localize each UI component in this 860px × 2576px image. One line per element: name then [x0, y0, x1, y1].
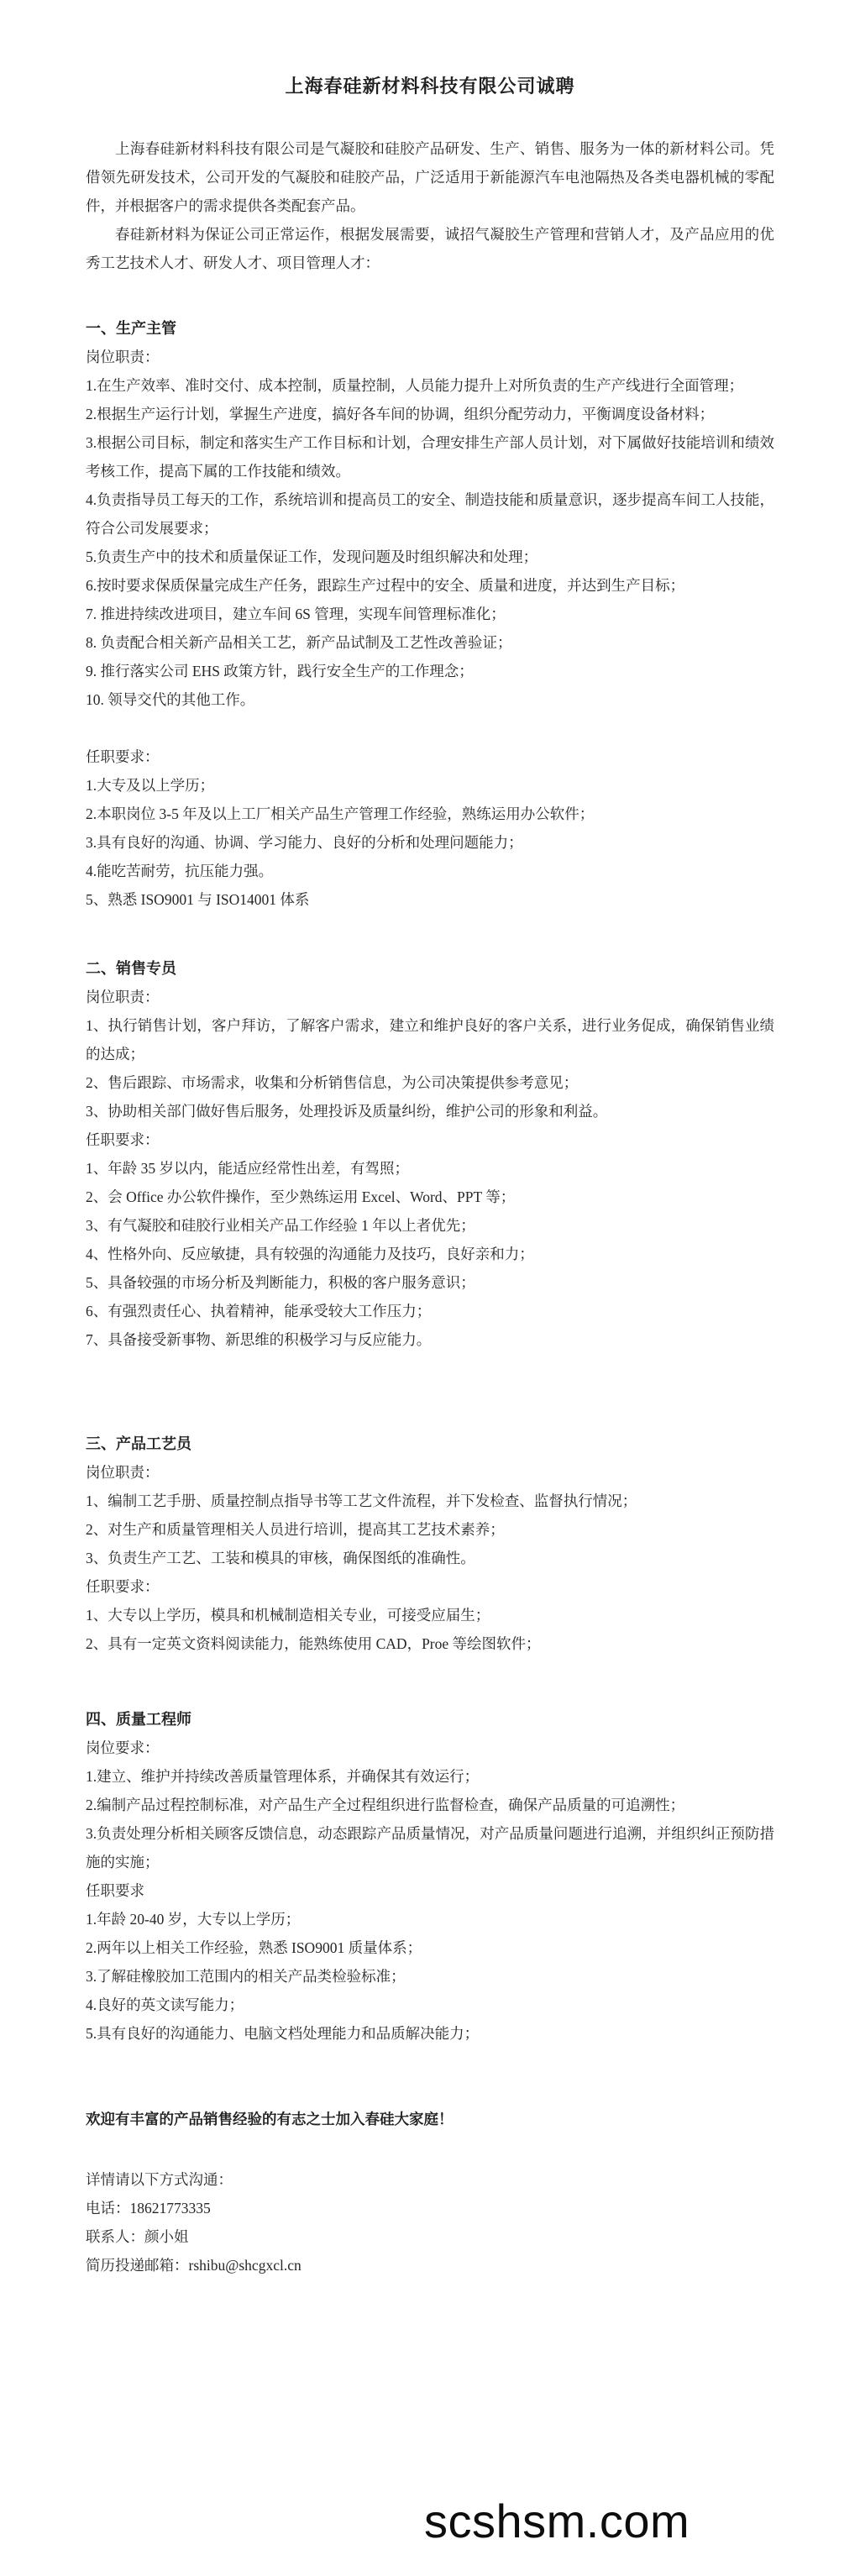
list-item: 7. 推进持续改进项目，建立车间 6S 管理，实现车间管理标准化； [86, 600, 774, 628]
job-section-heading: 二、销售专员 [86, 954, 774, 983]
email-address: rshibu@shcgxcl.cn [189, 2257, 302, 2274]
requirements-block-label: 岗位职责： [86, 983, 774, 1011]
list-item: 8. 负责配合相关新产品相关工艺，新产品试制及工艺性改善验证； [86, 628, 774, 657]
list-item: 1.大专及以上学历； [86, 771, 774, 800]
job-section: 四、质量工程师岗位要求：1.建立、维护并持续改善质量管理体系，并确保其有效运行；… [86, 1705, 774, 2048]
contact-heading: 详情请以下方式沟通： [86, 2165, 774, 2194]
contact-email-line: 简历投递邮箱：rshibu@shcgxcl.cn [86, 2251, 774, 2280]
list-item: 3、协助相关部门做好售后服务，处理投诉及质量纠纷，维护公司的形象和利益。 [86, 1097, 774, 1125]
job-sections: 一、生产主管岗位职责：1.在生产效率、准时交付、成本控制，质量控制，人员能力提升… [86, 314, 774, 2048]
list-item: 1、年龄 35 岁以内，能适应经常性出差，有驾照； [86, 1154, 774, 1183]
list-item: 9. 推行落实公司 EHS 政策方针，践行安全生产的工作理念； [86, 657, 774, 685]
list-item: 3、有气凝胶和硅胶行业相关产品工作经验 1 年以上者优先； [86, 1211, 774, 1240]
list-item: 2、会 Office 办公软件操作，至少熟练运用 Excel、Word、PPT … [86, 1183, 774, 1211]
list-item: 3.负责处理分析相关顾客反馈信息，动态跟踪产品质量情况，对产品质量问题进行追溯，… [86, 1819, 774, 1876]
list-item: 6.按时要求保质保量完成生产任务，跟踪生产过程中的安全、质量和进度，并达到生产目… [86, 571, 774, 600]
list-item: 1、编制工艺手册、质量控制点指导书等工艺文件流程，并下发检查、监督执行情况； [86, 1487, 774, 1515]
list-item: 5、熟悉 ISO9001 与 ISO14001 体系 [86, 885, 774, 914]
closing-welcome-line: 欢迎有丰富的产品销售经验的有志之士加入春硅大家庭！ [86, 2105, 774, 2133]
list-item: 1.在生产效率、准时交付、成本控制，质量控制，人员能力提升上对所负责的生产产线进… [86, 371, 774, 400]
job-section-heading: 四、质量工程师 [86, 1705, 774, 1734]
requirements-block-label: 任职要求： [86, 1572, 774, 1601]
job-section: 二、销售专员岗位职责：1、执行销售计划，客户拜访，了解客户需求，建立和维护良好的… [86, 954, 774, 1354]
email-label: 简历投递邮箱： [86, 2257, 189, 2274]
job-section: 一、生产主管岗位职责：1.在生产效率、准时交付、成本控制，质量控制，人员能力提升… [86, 314, 774, 914]
contact-person-name: 颜小姐 [144, 2228, 189, 2245]
contact-person-line: 联系人：颜小姐 [86, 2222, 774, 2251]
list-item: 1.建立、维护并持续改善质量管理体系，并确保其有效运行； [86, 1762, 774, 1791]
list-item: 3、负责生产工艺、工装和模具的审核，确保图纸的准确性。 [86, 1544, 774, 1572]
requirements-block-label: 任职要求： [86, 742, 774, 771]
requirements-block-label: 岗位要求： [86, 1734, 774, 1762]
list-item: 2、具有一定英文资料阅读能力，能熟练使用 CAD，Proe 等绘图软件； [86, 1629, 774, 1658]
list-item: 2.编制产品过程控制标准，对产品生产全过程组织进行监督检查，确保产品质量的可追溯… [86, 1791, 774, 1819]
list-item: 4.负责指导员工每天的工作，系统培训和提高员工的安全、制造技能和质量意识，逐步提… [86, 485, 774, 543]
list-item: 2.本职岗位 3-5 年及以上工厂相关产品生产管理工作经验，熟练运用办公软件； [86, 800, 774, 828]
list-item: 1.年龄 20-40 岁，大专以上学历； [86, 1905, 774, 1933]
contact-person-label: 联系人： [86, 2228, 144, 2245]
phone-number: 18621773335 [130, 2200, 211, 2217]
list-item: 3.根据公司目标，制定和落实生产工作目标和计划，合理安排生产部人员计划，对下属做… [86, 428, 774, 485]
list-item: 5.具有良好的沟通能力、电脑文档处理能力和品质解决能力； [86, 2019, 774, 2048]
phone-label: 电话： [86, 2200, 130, 2217]
requirements-block-label: 任职要求 [86, 1876, 774, 1905]
list-item: 4.能吃苦耐劳，抗压能力强。 [86, 857, 774, 885]
list-item: 3.具有良好的沟通、协调、学习能力、良好的分析和处理问题能力； [86, 828, 774, 857]
job-section: 三、产品工艺员岗位职责：1、编制工艺手册、质量控制点指导书等工艺文件流程，并下发… [86, 1430, 774, 1658]
list-item: 2、售后跟踪、市场需求，收集和分析销售信息，为公司决策提供参考意见； [86, 1068, 774, 1097]
watermark: scshsm.com [424, 2496, 690, 2547]
list-item: 2.两年以上相关工作经验，熟悉 ISO9001 质量体系； [86, 1933, 774, 1962]
requirements-block-label: 任职要求： [86, 1125, 774, 1154]
requirements-block-label: 岗位职责： [86, 343, 774, 371]
list-item: 5.负责生产中的技术和质量保证工作，发现问题及时组织解决和处理； [86, 543, 774, 571]
job-posting-document: 上海春硅新材料科技有限公司诚聘 上海春硅新材料科技有限公司是气凝胶和硅胶产品研发… [0, 0, 860, 2280]
requirements-block-label: 岗位职责： [86, 1458, 774, 1487]
job-section-heading: 三、产品工艺员 [86, 1430, 774, 1458]
list-item: 7、具备接受新事物、新思维的积极学习与反应能力。 [86, 1325, 774, 1354]
list-item: 1、大专以上学历，模具和机械制造相关专业，可接受应届生； [86, 1601, 774, 1629]
job-section-heading: 一、生产主管 [86, 314, 774, 343]
list-item: 2.根据生产运行计划，掌握生产进度，搞好各车间的协调，组织分配劳动力，平衡调度设… [86, 400, 774, 428]
list-item: 1、执行销售计划，客户拜访，了解客户需求，建立和维护良好的客户关系，进行业务促成… [86, 1011, 774, 1068]
list-item: 3.了解硅橡胶加工范围内的相关产品类检验标准； [86, 1962, 774, 1991]
contact-phone-line: 电话：18621773335 [86, 2194, 774, 2222]
list-item: 2、对生产和质量管理相关人员进行培训，提高其工艺技术素养； [86, 1515, 774, 1544]
company-intro-paragraph: 上海春硅新材料科技有限公司是气凝胶和硅胶产品研发、生产、销售、服务为一体的新材料… [86, 134, 774, 220]
list-item: 5、具备较强的市场分析及判断能力，积极的客户服务意识； [86, 1268, 774, 1297]
list-item: 6、有强烈责任心、执着精神，能承受较大工作压力； [86, 1297, 774, 1325]
list-item: 10. 领导交代的其他工作。 [86, 685, 774, 714]
list-item: 4.良好的英文读写能力； [86, 1991, 774, 2019]
list-item: 4、性格外向、反应敏捷，具有较强的沟通能力及技巧，良好亲和力； [86, 1240, 774, 1268]
page-title: 上海春硅新材料科技有限公司诚聘 [86, 74, 774, 99]
recruitment-intro-paragraph: 春硅新材料为保证公司正常运作，根据发展需要，诚招气凝胶生产管理和营销人才，及产品… [86, 220, 774, 277]
